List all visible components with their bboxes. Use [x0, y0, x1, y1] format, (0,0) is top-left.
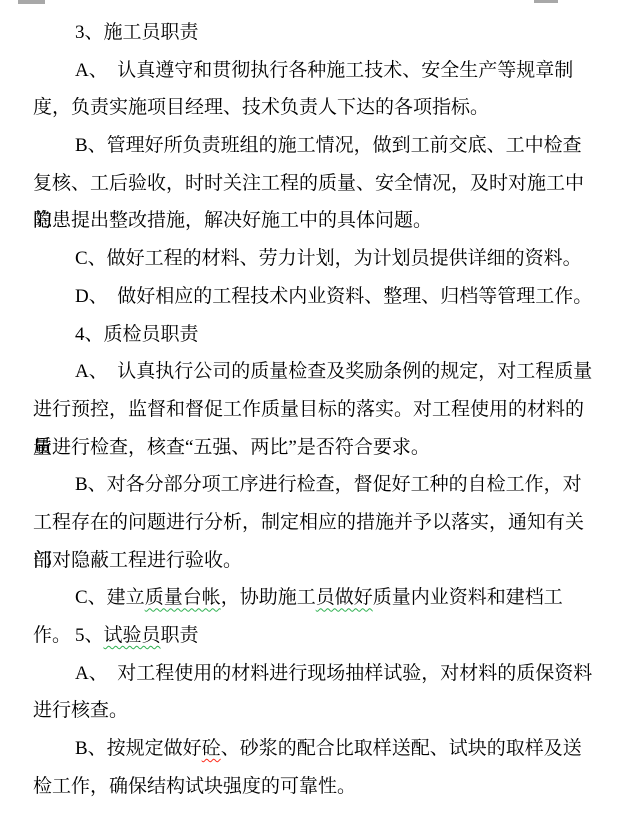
text-line: 4、质检员职责 — [33, 316, 600, 354]
text-run: ，协助施工 — [221, 587, 316, 608]
text-run: 门对隐蔽工程进行验收。 — [33, 550, 242, 571]
text-line: A、 对工程使用的材料进行现场抽样试验，对材料的质保资料 — [33, 655, 600, 693]
text-run: A、 认真遵守和贯彻执行各种施工技术、安全生产等规章制 — [75, 60, 573, 81]
text-line: B、对各分部分项工序进行检查，督促好工种的自检工作，对 — [33, 466, 600, 504]
text-run: C、做好工程的材料、劳力计划，为计划员提供详细的资料。 — [75, 248, 582, 269]
text-line: 工程存在的问题进行分析，制定相应的措施并予以落实，通知有关部 — [33, 504, 600, 542]
text-line: C、做好工程的材料、劳力计划，为计划员提供详细的资料。 — [33, 240, 600, 278]
text-run: 、砂浆的配合比取样送配、试块的取样及送 — [221, 738, 582, 759]
text-run: 4、质检员职责 — [75, 324, 199, 345]
text-line: 门对隐蔽工程进行验收。 — [33, 542, 600, 580]
text-line: 度，负责实施项目经理、技术负责人下达的各项指标。 — [33, 89, 600, 127]
page-edge-artifact-right — [534, 0, 558, 3]
text-line: C、建立质量台帐，协助施工员做好质量内业资料和建档工作。 — [33, 579, 600, 617]
text-line: 隐患提出整改措施，解决好施工中的具体问题。 — [33, 202, 600, 240]
text-run: 隐患提出整改措施，解决好施工中的具体问题。 — [33, 210, 432, 231]
text-line: A、 认真遵守和贯彻执行各种施工技术、安全生产等规章制 — [33, 52, 600, 90]
text-run: C、建立 — [75, 587, 145, 608]
text-line: A、 认真执行公司的质量检查及奖励条例的规定，对工程质量 — [33, 353, 600, 391]
document-body: 3、施工员职责A、 认真遵守和贯彻执行各种施工技术、安全生产等规章制度，负责实施… — [33, 14, 600, 805]
text-run: 度，负责实施项目经理、技术负责人下达的各项指标。 — [33, 97, 489, 118]
grammar-flagged-text: 质量台帐 — [145, 587, 221, 608]
text-run: 3、施工员职责 — [75, 22, 199, 43]
text-run: B、按规定做好 — [75, 738, 202, 759]
document-page: 3、施工员职责A、 认真遵守和贯彻执行各种施工技术、安全生产等规章制度，负责实施… — [0, 0, 632, 815]
text-line: 进行核查。 — [33, 692, 600, 730]
text-run: 5、 — [75, 625, 104, 646]
text-line: B、管理好所负责班组的施工情况，做到工前交底、工中检查 — [33, 127, 600, 165]
text-run: A、 认真执行公司的质量检查及奖励条例的规定，对工程质量 — [75, 361, 592, 382]
text-run: 进行核查。 — [33, 700, 128, 721]
text-line: 进行预控，监督和督促工作质量目标的落实。对工程使用的材料的质 — [33, 391, 600, 429]
text-run: D、 做好相应的工程技术内业资料、整理、归档等管理工作。 — [75, 286, 592, 307]
text-run: 量进行检查，核查“五强、两比”是否符合要求。 — [33, 437, 430, 458]
text-line: 量进行检查，核查“五强、两比”是否符合要求。 — [33, 429, 600, 467]
text-line: 3、施工员职责 — [33, 14, 600, 52]
grammar-flagged-text: 试验员 — [104, 625, 161, 646]
text-run: B、对各分部分项工序进行检查，督促好工种的自检工作，对 — [75, 474, 582, 495]
text-line: 复核、工后验收，时时关注工程的质量、安全情况，及时对施工中的 — [33, 165, 600, 203]
text-run: 检工作，确保结构试块强度的可靠性。 — [33, 776, 356, 797]
text-line: 检工作，确保结构试块强度的可靠性。 — [33, 768, 600, 806]
text-run: B、管理好所负责班组的施工情况，做到工前交底、工中检查 — [75, 135, 582, 156]
text-run: 职责 — [161, 625, 199, 646]
spelling-flagged-text: 砼 — [202, 738, 221, 759]
text-run: A、 对工程使用的材料进行现场抽样试验，对材料的质保资料 — [75, 663, 592, 684]
text-line: 5、试验员职责 — [33, 617, 600, 655]
text-line: D、 做好相应的工程技术内业资料、整理、归档等管理工作。 — [33, 278, 600, 316]
text-line: B、按规定做好砼、砂浆的配合比取样送配、试块的取样及送 — [33, 730, 600, 768]
grammar-flagged-text: 员做好 — [316, 587, 373, 608]
page-edge-artifact-left — [18, 0, 45, 4]
